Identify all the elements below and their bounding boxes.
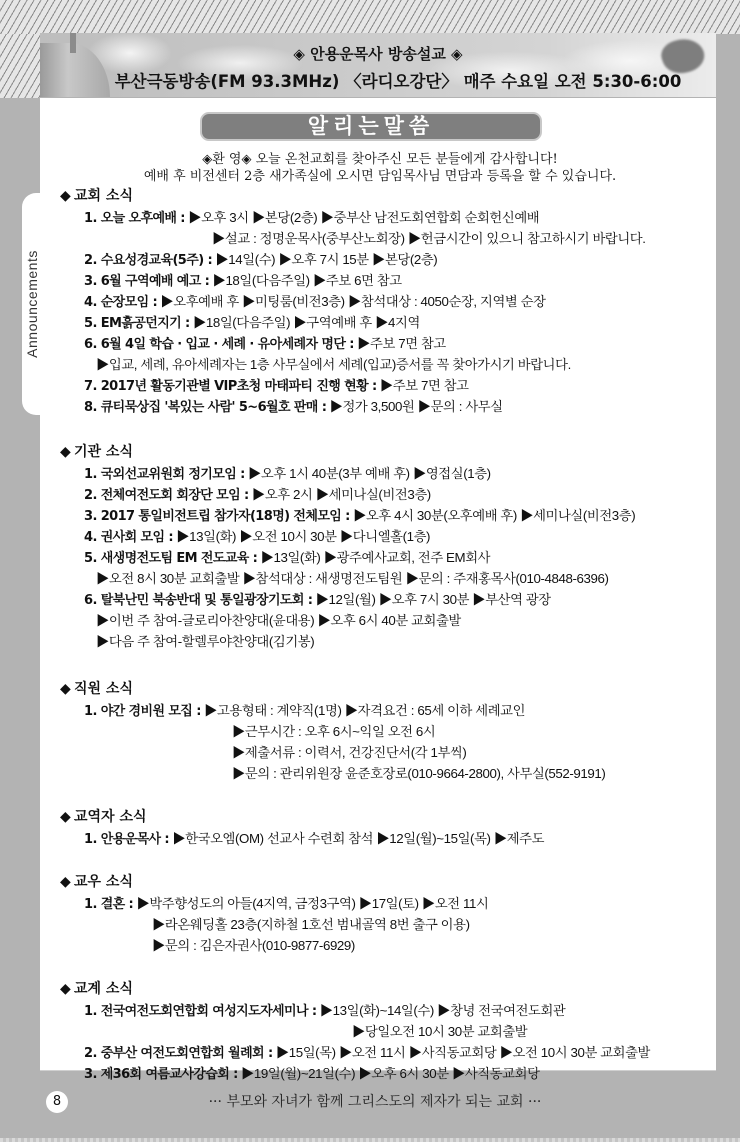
announcement-label: 1. 전국여전도회연합회 여성지도자세미나 : — [84, 1004, 316, 1019]
announcement-detail: ▶입교, 세례, 유아세례자는 1층 사무실에서 세례(입교)증서를 꼭 찾아가… — [96, 357, 571, 372]
announcement-label: 5. 새생명전도팀 EM 전도교육 : — [84, 551, 257, 566]
section-heading-text: 기관 소식 — [74, 444, 133, 460]
announcement-detail: ▶제출서류 : 이력서, 건강진단서(각 1부씩) — [232, 745, 466, 760]
announcement-label: 6. 탈북난민 북송반대 및 통일광장기도회 : — [84, 593, 312, 608]
announcement-detail: ▶고용형태 : 계약직(1명) ▶자격요건 : 65세 이하 세례교인 — [201, 703, 525, 718]
section-heading-text: 직원 소식 — [74, 681, 133, 697]
announcement-line: 4. 순장모임 : ▶오후예배 후 ▶미팅룸(비전3층) ▶참석대상 : 405… — [60, 291, 720, 312]
announcement-detail: ▶정가 3,500원 ▶문의 : 사무실 — [326, 399, 502, 414]
announcement-detail: ▶오후 1시 40분(3부 예배 후) ▶영접실(1층) — [245, 466, 491, 481]
announcement-detail: ▶18일(다음주일) ▶구역예배 후 ▶4지역 — [190, 315, 420, 330]
footer-motto: ··· 부모와 자녀가 함께 그리스도의 제자가 되는 교회 ··· — [140, 1091, 610, 1113]
section-spacer — [60, 849, 720, 871]
announcement-label: 1. 국외선교위원회 정기모임 : — [84, 467, 245, 482]
announcement-line: ▶제출서류 : 이력서, 건강진단서(각 1부씩) — [60, 742, 720, 763]
section-heading: ◆기관 소식 — [60, 441, 720, 463]
announcement-line: 8. 큐티묵상집 '복있는 사람' 5~6월호 판매 : ▶정가 3,500원 … — [60, 396, 720, 417]
section-heading: ◆교역자 소식 — [60, 806, 720, 828]
hatched-left-border — [0, 34, 40, 98]
announcement-detail: ▶근무시간 : 오후 6시~익일 오전 6시 — [232, 724, 435, 739]
announcement-detail: ▶13일(화) ▶오전 10시 30분 ▶다니엘홀(1층) — [173, 529, 430, 544]
side-tab-label-wrap: Announcements — [22, 193, 42, 415]
announcement-line: 4. 권사회 모임 : ▶13일(화) ▶오전 10시 30분 ▶다니엘홀(1층… — [60, 526, 720, 547]
announcement-label: 2. 수요성경교육(5주) : — [84, 253, 212, 268]
section-heading-text: 교계 소식 — [74, 981, 133, 997]
announcement-line: 3. 2017 통일비전트립 참가자(18명) 전체모임 : ▶오후 4시 30… — [60, 505, 720, 526]
announcement-detail: ▶13일(화) ▶광주예사교회, 전주 EM회사 — [257, 550, 490, 565]
welcome-line-2: 예배 후 비전센터 2층 새가족실에 오시면 담임목사님 면담과 등록을 할 수… — [60, 165, 700, 184]
announcement-label: 2. 전체여전도회 회장단 모임 : — [84, 488, 249, 503]
announcement-detail: ▶다음 주 참여-할렐루야찬양대(김기봉) — [96, 634, 314, 649]
announcement-detail: ▶라온웨딩홀 23층(지하철 1호선 범내골역 8번 출구 이용) — [152, 917, 470, 932]
announcement-detail: ▶한국오엠(OM) 선교사 수련회 참석 ▶12일(월)~15일(목) ▶제주도 — [169, 831, 544, 846]
section-heading: ◆교회 소식 — [60, 185, 720, 207]
announcement-detail: ▶오후예배 후 ▶미팅룸(비전3층) ▶참석대상 : 4050순장, 지역별 순… — [157, 294, 545, 309]
side-tab-label: Announcements — [24, 250, 40, 358]
section-spacer — [60, 784, 720, 806]
announcement-detail: ▶13일(화)~14일(수) ▶창녕 전국여전도회관 — [316, 1003, 565, 1018]
announcement-label: 4. 권사회 모임 : — [84, 530, 173, 545]
announcement-line: ▶다음 주 참여-할렐루야찬양대(김기봉) — [60, 631, 720, 652]
announcement-detail: ▶당일오전 10시 30분 교회출발 — [352, 1024, 527, 1039]
announcement-line: ▶라온웨딩홀 23층(지하철 1호선 범내골역 8번 출구 이용) — [60, 914, 720, 935]
announcement-label: 7. 2017년 활동기관별 VIP초청 마태파티 진행 현황 : — [84, 379, 377, 394]
announcement-line: ▶문의 : 관리위원장 윤준호장로(010-9664-2800), 사무실(55… — [60, 763, 720, 784]
announcements-body: ◆교회 소식1. 오늘 오후예배 : ▶오후 3시 ▶본당(2층) ▶중부산 남… — [60, 185, 720, 1084]
announcement-detail: ▶오후 4시 30분(오후예배 후) ▶세미나실(비전3층) — [350, 508, 635, 523]
announcement-label: 8. 큐티묵상집 '복있는 사람' 5~6월호 판매 : — [84, 400, 326, 415]
announcement-label: 1. 결혼 : — [84, 897, 133, 912]
announcement-label: 1. 오늘 오후예배 : — [84, 211, 185, 226]
announcement-detail: ▶박주향성도의 아들(4지역, 금정3구역) ▶17일(토) ▶오전 11시 — [133, 896, 488, 911]
announcement-detail: ▶주보 7면 참고 — [354, 336, 446, 351]
announcement-line: ▶당일오전 10시 30분 교회출발 — [60, 1021, 720, 1042]
banner-schedule: 부산극동방송(FM 93.3MHz) 〈라디오강단〉 매주 수요일 오전 5:3… — [40, 68, 716, 92]
diamond-bullet-icon: ◆ — [60, 806, 74, 828]
announcement-detail: ▶18일(다음주일) ▶주보 6면 참고 — [209, 273, 401, 288]
announcement-detail: ▶오전 8시 30분 교회출발 ▶참석대상 : 새생명전도팀원 ▶문의 : 주재… — [96, 571, 609, 586]
announcement-label: 1. 안용운목사 : — [84, 832, 169, 847]
page-number: 8 — [46, 1091, 68, 1113]
announcement-line: 1. 전국여전도회연합회 여성지도자세미나 : ▶13일(화)~14일(수) ▶… — [60, 1000, 720, 1021]
announcement-line: 1. 오늘 오후예배 : ▶오후 3시 ▶본당(2층) ▶중부산 남전도회연합회… — [60, 207, 720, 228]
announcement-label: 2. 중부산 여전도회연합회 월례회 : — [84, 1046, 273, 1061]
announcement-label: 3. 제36회 여름교사강습회 : — [84, 1067, 238, 1082]
section-heading: ◆직원 소식 — [60, 678, 720, 700]
announcement-line: ▶이번 주 참여-글로리아찬양대(윤대용) ▶오후 6시 40분 교회출발 — [60, 610, 720, 631]
announcement-label: 4. 순장모임 : — [84, 295, 157, 310]
section-heading-text: 교역자 소식 — [74, 809, 147, 825]
diamond-bullet-icon: ◆ — [60, 441, 74, 463]
diamond-bullet-icon: ◆ — [60, 185, 74, 207]
announcement-line: 5. EM흙공던지기 : ▶18일(다음주일) ▶구역예배 후 ▶4지역 — [60, 312, 720, 333]
announcement-line: 6. 6월 4일 학습 · 입교 · 세례 · 유아세례자 명단 : ▶주보 7… — [60, 333, 720, 354]
announcement-line: 1. 결혼 : ▶박주향성도의 아들(4지역, 금정3구역) ▶17일(토) ▶… — [60, 893, 720, 914]
banner-title: ◈ 안용운목사 방송설교 ◈ — [40, 43, 716, 64]
section-heading-text: 교회 소식 — [74, 188, 133, 204]
diamond-bullet-icon: ◆ — [60, 871, 74, 893]
announcement-detail: ▶19일(월)~21일(수) ▶오후 6시 30분 ▶사직동교회당 — [238, 1066, 540, 1081]
section-heading-text: 교우 소식 — [74, 874, 133, 890]
section-spacer — [60, 956, 720, 978]
announcement-line: 2. 중부산 여전도회연합회 월례회 : ▶15일(목) ▶오전 11시 ▶사직… — [60, 1042, 720, 1063]
section-heading: ◆교계 소식 — [60, 978, 720, 1000]
diamond-bullet-icon: ◆ — [60, 978, 74, 1000]
announcement-label: 3. 2017 통일비전트립 참가자(18명) 전체모임 : — [84, 509, 350, 524]
section-spacer — [60, 652, 720, 678]
announcement-detail: ▶오후 2시 ▶세미나실(비전3층) — [249, 487, 431, 502]
announcement-line: ▶오전 8시 30분 교회출발 ▶참석대상 : 새생명전도팀원 ▶문의 : 주재… — [60, 568, 720, 589]
announcement-detail: ▶15일(목) ▶오전 11시 ▶사직동교회당 ▶오전 10시 30분 교회출발 — [273, 1045, 650, 1060]
section-heading: ◆교우 소식 — [60, 871, 720, 893]
announcement-detail: ▶12일(월) ▶오후 7시 30분 ▶부산역 광장 — [312, 592, 550, 607]
diamond-bullet-icon: ◆ — [60, 678, 74, 700]
section-spacer — [60, 417, 720, 441]
announcement-detail: ▶이번 주 참여-글로리아찬양대(윤대용) ▶오후 6시 40분 교회출발 — [96, 613, 461, 628]
announcement-label: 3. 6월 구역예배 예고 : — [84, 274, 209, 289]
hatched-top-border — [0, 0, 740, 34]
announcement-line: 6. 탈북난민 북송반대 및 통일광장기도회 : ▶12일(월) ▶오후 7시 … — [60, 589, 720, 610]
announcement-line: 1. 안용운목사 : ▶한국오엠(OM) 선교사 수련회 참석 ▶12일(월)~… — [60, 828, 720, 849]
announcement-label: 5. EM흙공던지기 : — [84, 316, 190, 331]
announcement-line: ▶설교 : 정명운목사(중부산노회장) ▶헌금시간이 있으니 참고하시기 바랍니… — [60, 228, 720, 249]
announcement-line: 3. 6월 구역예배 예고 : ▶18일(다음주일) ▶주보 6면 참고 — [60, 270, 720, 291]
announcement-line: 1. 야간 경비원 모집 : ▶고용형태 : 계약직(1명) ▶자격요건 : 6… — [60, 700, 720, 721]
bottom-border — [0, 1138, 740, 1142]
radio-sermon-banner: ◈ 안용운목사 방송설교 ◈ 부산극동방송(FM 93.3MHz) 〈라디오강단… — [40, 33, 716, 97]
announcement-label: 6. 6월 4일 학습 · 입교 · 세례 · 유아세례자 명단 : — [84, 337, 354, 352]
announcement-line: 5. 새생명전도팀 EM 전도교육 : ▶13일(화) ▶광주예사교회, 전주 … — [60, 547, 720, 568]
announcement-line: 2. 수요성경교육(5주) : ▶14일(수) ▶오후 7시 15분 ▶본당(2… — [60, 249, 720, 270]
announcement-detail: ▶설교 : 정명운목사(중부산노회장) ▶헌금시간이 있으니 참고하시기 바랍니… — [212, 231, 646, 246]
announcement-label: 1. 야간 경비원 모집 : — [84, 704, 201, 719]
announcement-line: 3. 제36회 여름교사강습회 : ▶19일(월)~21일(수) ▶오후 6시 … — [60, 1063, 720, 1084]
announcement-detail: ▶문의 : 김은자권사(010-9877-6929) — [152, 938, 355, 953]
announcement-line: 2. 전체여전도회 회장단 모임 : ▶오후 2시 ▶세미나실(비전3층) — [60, 484, 720, 505]
announcement-line: ▶입교, 세례, 유아세례자는 1층 사무실에서 세례(입교)증서를 꼭 찾아가… — [60, 354, 720, 375]
announcement-line: 7. 2017년 활동기관별 VIP초청 마태파티 진행 현황 : ▶주보 7면… — [60, 375, 720, 396]
announcement-detail: ▶14일(수) ▶오후 7시 15분 ▶본당(2층) — [212, 252, 437, 267]
announcement-line: ▶문의 : 김은자권사(010-9877-6929) — [60, 935, 720, 956]
announcement-detail: ▶문의 : 관리위원장 윤준호장로(010-9664-2800), 사무실(55… — [232, 766, 605, 781]
page-title: 알리는말씀 — [200, 112, 542, 141]
announcement-line: 1. 국외선교위원회 정기모임 : ▶오후 1시 40분(3부 예배 후) ▶영… — [60, 463, 720, 484]
announcement-line: ▶근무시간 : 오후 6시~익일 오전 6시 — [60, 721, 720, 742]
announcement-detail: ▶주보 7면 참고 — [377, 378, 469, 393]
announcement-detail: ▶오후 3시 ▶본당(2층) ▶중부산 남전도회연합회 순회헌신예배 — [185, 210, 539, 225]
